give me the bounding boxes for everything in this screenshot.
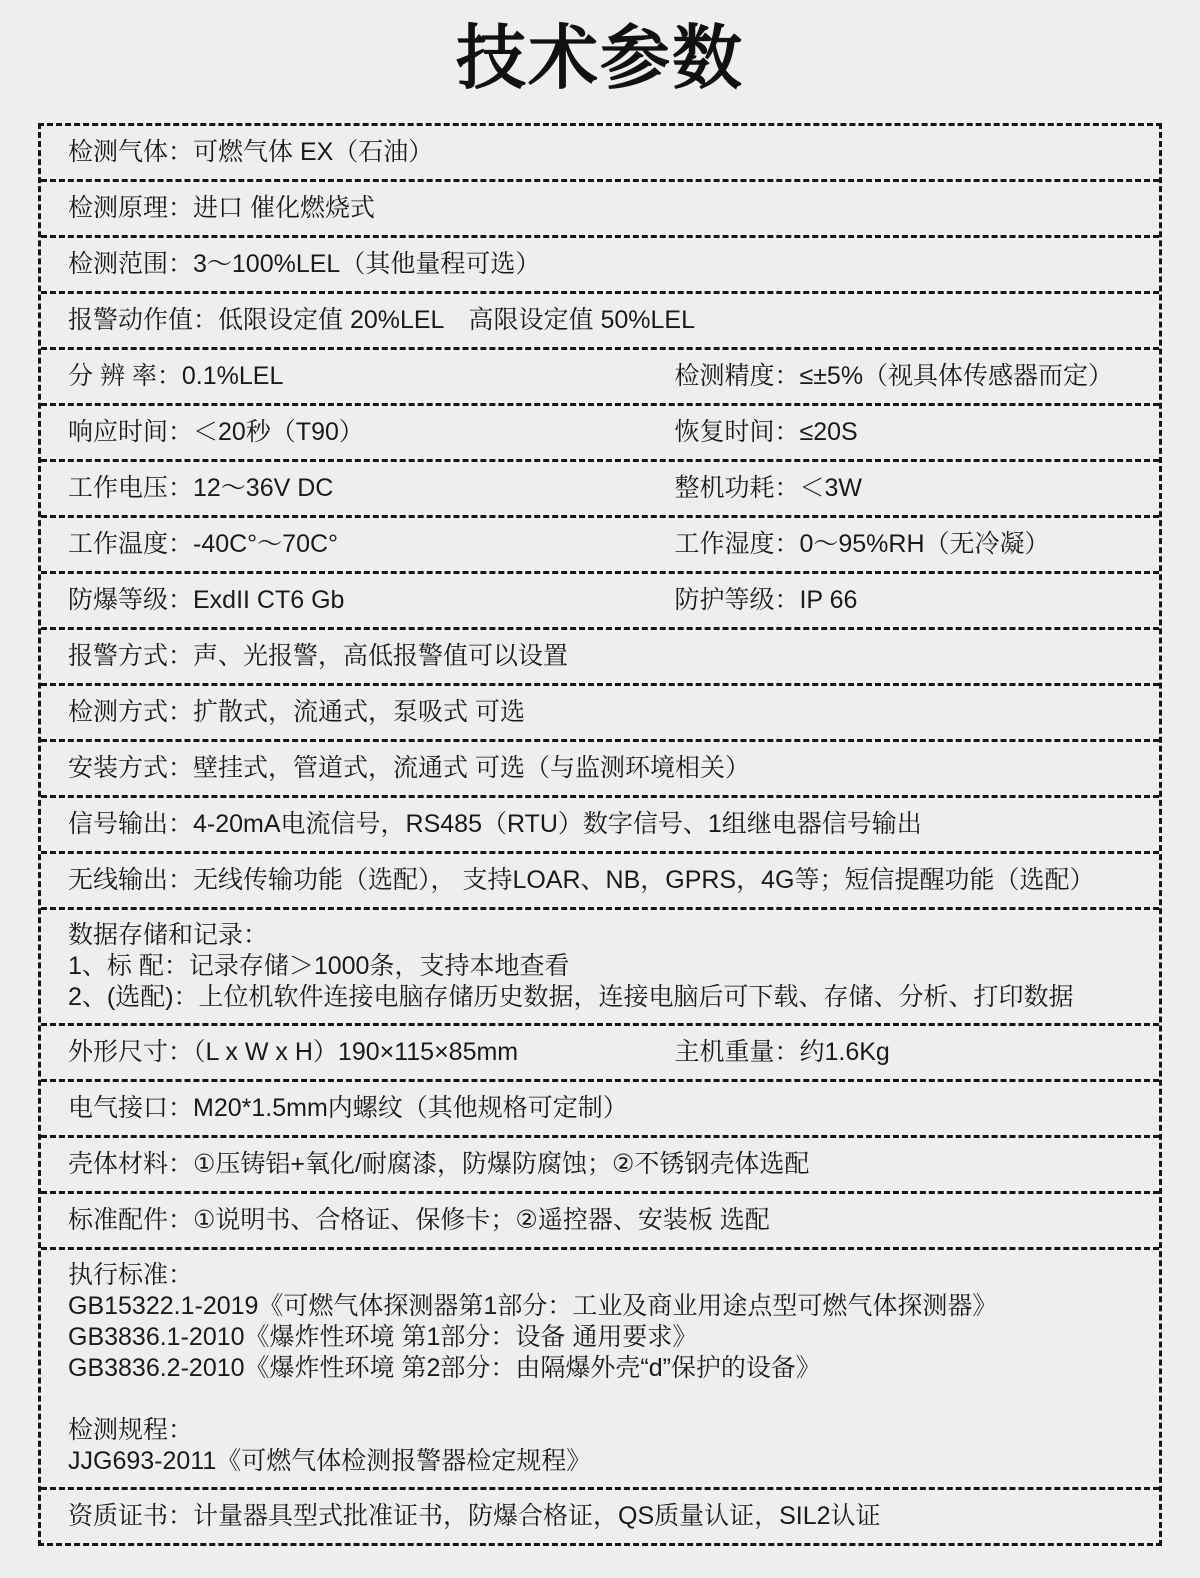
spec-blank-line bbox=[68, 1384, 1132, 1415]
spec-text: 检测方式：扩散式，流通式，泵吸式 可选 bbox=[68, 698, 525, 726]
spec-row: 执行标准：GB15322.1-2019《可燃气体探测器第1部分：工业及商业用途点… bbox=[41, 1247, 1159, 1487]
spec-text: 资质证书：计量器具型式批准证书，防爆合格证，QS质量认证，SIL2认证 bbox=[68, 1502, 881, 1530]
spec-text-right: 整机功耗：＜3W bbox=[674, 473, 1132, 504]
spec-text-line: JJG693-2011《可燃气体检测报警器检定规程》 bbox=[68, 1446, 1132, 1477]
spec-text: 标准配件：①说明书、合格证、保修卡；②遥控器、安装板 选配 bbox=[68, 1206, 770, 1234]
spec-row: 检测气体：可燃气体 EX（石油） bbox=[41, 126, 1159, 179]
spec-text: 信号输出：4-20mA电流信号，RS485（RTU）数字信号、1组继电器信号输出 bbox=[68, 810, 922, 838]
spec-text: 报警动作值：低限设定值 20%LEL 高限设定值 50%LEL bbox=[68, 306, 695, 334]
spec-text: 检测原理：进口 催化燃烧式 bbox=[68, 194, 375, 222]
spec-text-line: GB3836.2-2010《爆炸性环境 第2部分：由隔爆外壳“d”保护的设备》 bbox=[68, 1353, 1132, 1384]
spec-text: 无线输出：无线传输功能（选配）， 支持LOAR、NB，GPRS，4G等；短信提醒… bbox=[68, 866, 1094, 894]
spec-text-line: 执行标准： bbox=[68, 1260, 1132, 1291]
spec-row: 检测原理：进口 催化燃烧式 bbox=[41, 179, 1159, 235]
spec-text: 壳体材料：①压铸铝+氧化/耐腐漆，防爆防腐蚀；②不锈钢壳体选配 bbox=[68, 1150, 809, 1178]
spec-text-left: 响应时间：＜20秒（T90） bbox=[68, 417, 674, 448]
spec-row: 外形尺寸：（L x W x H）190×115×85mm主机重量：约1.6Kg bbox=[41, 1023, 1159, 1079]
spec-text-line: GB3836.1-2010《爆炸性环境 第1部分：设备 通用要求》 bbox=[68, 1322, 1132, 1353]
page-title: 技术参数 bbox=[0, 20, 1200, 97]
spec-text-right: 检测精度：≤±5%（视具体传感器而定） bbox=[674, 361, 1132, 392]
spec-text: 检测气体：可燃气体 EX（石油） bbox=[68, 138, 433, 166]
spec-row: 电气接口：M20*1.5mm内螺纹（其他规格可定制） bbox=[41, 1079, 1159, 1135]
spec-text-left: 防爆等级：ExdII CT6 Gb bbox=[68, 585, 674, 616]
spec-text-line: GB15322.1-2019《可燃气体探测器第1部分：工业及商业用途点型可燃气体… bbox=[68, 1291, 1132, 1322]
spec-text-line: 1、标 配：记录存储＞1000条，支持本地查看 bbox=[68, 951, 1132, 982]
spec-row: 报警方式：声、光报警，高低报警值可以设置 bbox=[41, 627, 1159, 683]
spec-text: 检测范围：3～100%LEL（其他量程可选） bbox=[68, 250, 540, 278]
spec-text-line: 2、(选配)：上位机软件连接电脑存储历史数据，连接电脑后可下载、存储、分析、打印… bbox=[68, 982, 1132, 1013]
spec-row: 分 辨 率：0.1%LEL检测精度：≤±5%（视具体传感器而定） bbox=[41, 347, 1159, 403]
spec-row: 数据存储和记录：1、标 配：记录存储＞1000条，支持本地查看2、(选配)：上位… bbox=[41, 907, 1159, 1023]
spec-row: 检测范围：3～100%LEL（其他量程可选） bbox=[41, 235, 1159, 291]
spec-text: 报警方式：声、光报警，高低报警值可以设置 bbox=[68, 642, 568, 670]
spec-text: 安装方式：壁挂式，管道式，流通式 可选（与监测环境相关） bbox=[68, 754, 750, 782]
spec-row: 工作温度：-40C°～70C°工作湿度：0～95%RH（无冷凝） bbox=[41, 515, 1159, 571]
spec-table: 检测气体：可燃气体 EX（石油）检测原理：进口 催化燃烧式检测范围：3～100%… bbox=[38, 123, 1162, 1546]
spec-text-left: 工作温度：-40C°～70C° bbox=[68, 529, 674, 560]
spec-row: 安装方式：壁挂式，管道式，流通式 可选（与监测环境相关） bbox=[41, 739, 1159, 795]
spec-row: 防爆等级：ExdII CT6 Gb防护等级：IP 66 bbox=[41, 571, 1159, 627]
spec-text-right: 主机重量：约1.6Kg bbox=[674, 1037, 1132, 1068]
spec-text-line: 数据存储和记录： bbox=[68, 920, 1132, 951]
tech-spec-document: 技术参数 检测气体：可燃气体 EX（石油）检测原理：进口 催化燃烧式检测范围：3… bbox=[0, 0, 1200, 1578]
spec-row: 资质证书：计量器具型式批准证书，防爆合格证，QS质量认证，SIL2认证 bbox=[41, 1487, 1159, 1543]
spec-row: 标准配件：①说明书、合格证、保修卡；②遥控器、安装板 选配 bbox=[41, 1191, 1159, 1247]
spec-row: 壳体材料：①压铸铝+氧化/耐腐漆，防爆防腐蚀；②不锈钢壳体选配 bbox=[41, 1135, 1159, 1191]
spec-text-left: 外形尺寸：（L x W x H）190×115×85mm bbox=[68, 1037, 674, 1068]
spec-row: 无线输出：无线传输功能（选配）， 支持LOAR、NB，GPRS，4G等；短信提醒… bbox=[41, 851, 1159, 907]
spec-row: 检测方式：扩散式，流通式，泵吸式 可选 bbox=[41, 683, 1159, 739]
spec-text: 电气接口：M20*1.5mm内螺纹（其他规格可定制） bbox=[68, 1094, 628, 1122]
spec-text-right: 恢复时间：≤20S bbox=[674, 417, 1132, 448]
spec-text-left: 工作电压：12～36V DC bbox=[68, 473, 674, 504]
spec-text-right: 防护等级：IP 66 bbox=[674, 585, 1132, 616]
spec-row: 报警动作值：低限设定值 20%LEL 高限设定值 50%LEL bbox=[41, 291, 1159, 347]
spec-row: 信号输出：4-20mA电流信号，RS485（RTU）数字信号、1组继电器信号输出 bbox=[41, 795, 1159, 851]
spec-row: 响应时间：＜20秒（T90）恢复时间：≤20S bbox=[41, 403, 1159, 459]
spec-text-left: 分 辨 率：0.1%LEL bbox=[68, 361, 674, 392]
spec-text-right: 工作湿度：0～95%RH（无冷凝） bbox=[674, 529, 1132, 560]
spec-row: 工作电压：12～36V DC整机功耗：＜3W bbox=[41, 459, 1159, 515]
spec-text-line: 检测规程： bbox=[68, 1415, 1132, 1446]
